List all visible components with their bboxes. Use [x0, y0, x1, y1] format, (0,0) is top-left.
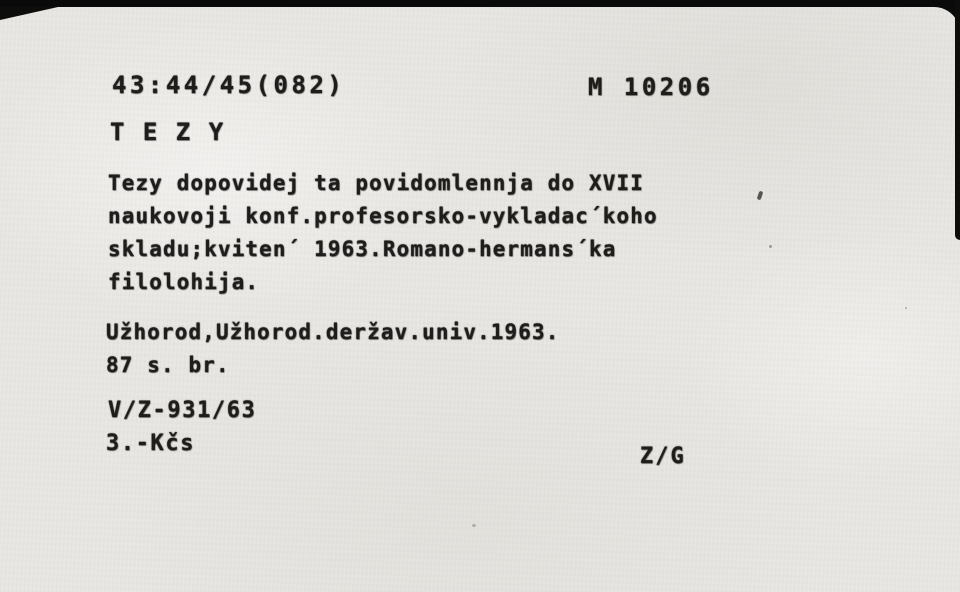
title-line-2: naukovoji konf.profesorsko-vykladac´koho	[108, 200, 658, 233]
catalog-card-paper: 43:44/45(082) M 10206 T E Z Y Tezy dopov…	[0, 7, 960, 592]
title-line-1: Tezy dopovidej ta povidomlennja do XVII	[108, 167, 658, 200]
ink-speck	[472, 524, 476, 527]
imprint-paragraph: Užhorod,Užhorod.deržav.univ.1963. 87 s. …	[106, 316, 560, 382]
ink-speck	[757, 191, 764, 201]
ink-speck	[905, 307, 907, 309]
heading-tezy: T E Z Y	[110, 118, 225, 146]
classification-number: 43:44/45(082)	[112, 71, 345, 99]
title-paragraph: Tezy dopovidej ta povidomlennja do XVII …	[108, 167, 658, 299]
title-line-3: skladu;kviten´ 1963.Romano-hermans´ka	[108, 233, 658, 266]
imprint-line-2: 87 s. br.	[106, 349, 560, 382]
imprint-line-1: Užhorod,Užhorod.deržav.univ.1963.	[106, 316, 560, 349]
ink-speck	[769, 245, 772, 248]
scan-edge-artifact-right	[955, 0, 960, 240]
scanned-catalog-card: 43:44/45(082) M 10206 T E Z Y Tezy dopov…	[0, 0, 960, 592]
inventory-number: M 10206	[588, 73, 714, 101]
price: 3.-Kčs	[106, 431, 195, 456]
call-number: V/Z-931/63	[108, 398, 256, 423]
title-line-4: filolohija.	[108, 266, 658, 299]
cataloguer-initials: Z/G	[640, 444, 686, 469]
